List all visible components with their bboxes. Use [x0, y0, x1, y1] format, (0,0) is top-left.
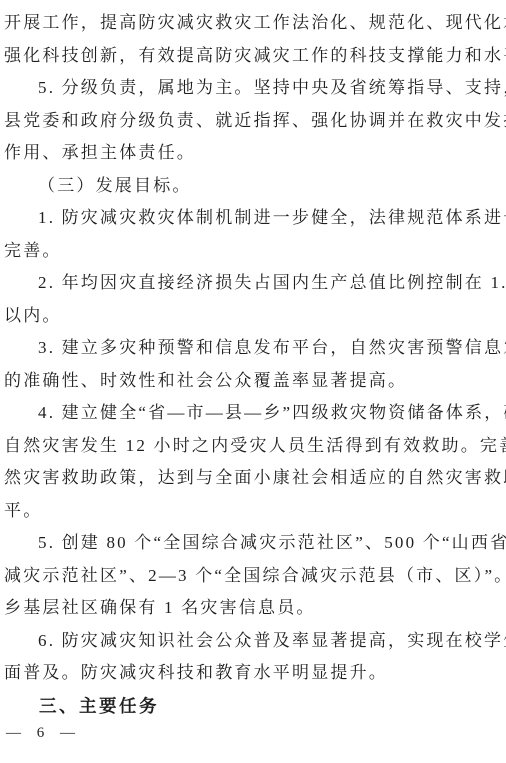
text-line: 5. 创建 80 个“全国综合减灾示范社区”、500 个“山西省综合 — [4, 527, 498, 560]
document-body: 开展工作，提高防灾减灾救灾工作法治化、规范化、现代化水平。强化科技创新，有效提高… — [4, 7, 498, 722]
text-line: 强化科技创新，有效提高防灾减灾工作的科技支撑能力和水平。 — [4, 40, 498, 73]
document-page: 开展工作，提高防灾减灾救灾工作法治化、规范化、现代化水平。强化科技创新，有效提高… — [0, 0, 506, 763]
text-line: 以内。 — [4, 300, 498, 333]
text-line: 5. 分级负责，属地为主。坚持中央及省统筹指导、支持，市、 — [4, 72, 498, 105]
text-line: 的准确性、时效性和社会公众覆盖率显著提高。 — [4, 365, 498, 398]
text-line: 完善。 — [4, 235, 498, 268]
page-number: — 6 — — [6, 722, 76, 744]
text-line: 6. 防灾减灾知识社会公众普及率显著提高，实现在校学生全 — [4, 625, 498, 658]
text-line: 1. 防灾减灾救灾体制机制进一步健全，法律规范体系进一步 — [4, 202, 498, 235]
text-line: （三）发展目标。 — [4, 170, 498, 203]
text-line: 3. 建立多灾种预警和信息发布平台，自然灾害预警信息发布 — [4, 332, 498, 365]
text-line: 4. 建立健全“省—市—县—乡”四级救灾物资储备体系，确保 — [4, 397, 498, 430]
text-line: 自然灾害发生 12 小时之内受灾人员生活得到有效救助。完善自 — [4, 430, 498, 463]
text-line: 面普及。防灾减灾科技和教育水平明显提升。 — [4, 657, 498, 690]
text-line: 减灾示范社区”、2—3 个“全国综合减灾示范县（市、区）”。每个城 — [4, 560, 498, 593]
text-line: 2. 年均因灾直接经济损失占国内生产总值比例控制在 1.3％ — [4, 267, 498, 300]
text-line: 作用、承担主体责任。 — [4, 137, 498, 170]
text-line: 平。 — [4, 495, 498, 528]
text-line: 开展工作，提高防灾减灾救灾工作法治化、规范化、现代化水平。 — [4, 7, 498, 40]
text-line: 乡基层社区确保有 1 名灾害信息员。 — [4, 592, 498, 625]
text-line: 县党委和政府分级负责、就近指挥、强化协调并在救灾中发挥主体 — [4, 105, 498, 138]
text-line: 然灾害救助政策，达到与全面小康社会相适应的自然灾害救助水 — [4, 462, 498, 495]
section-heading: 三、主要任务 — [4, 690, 498, 723]
